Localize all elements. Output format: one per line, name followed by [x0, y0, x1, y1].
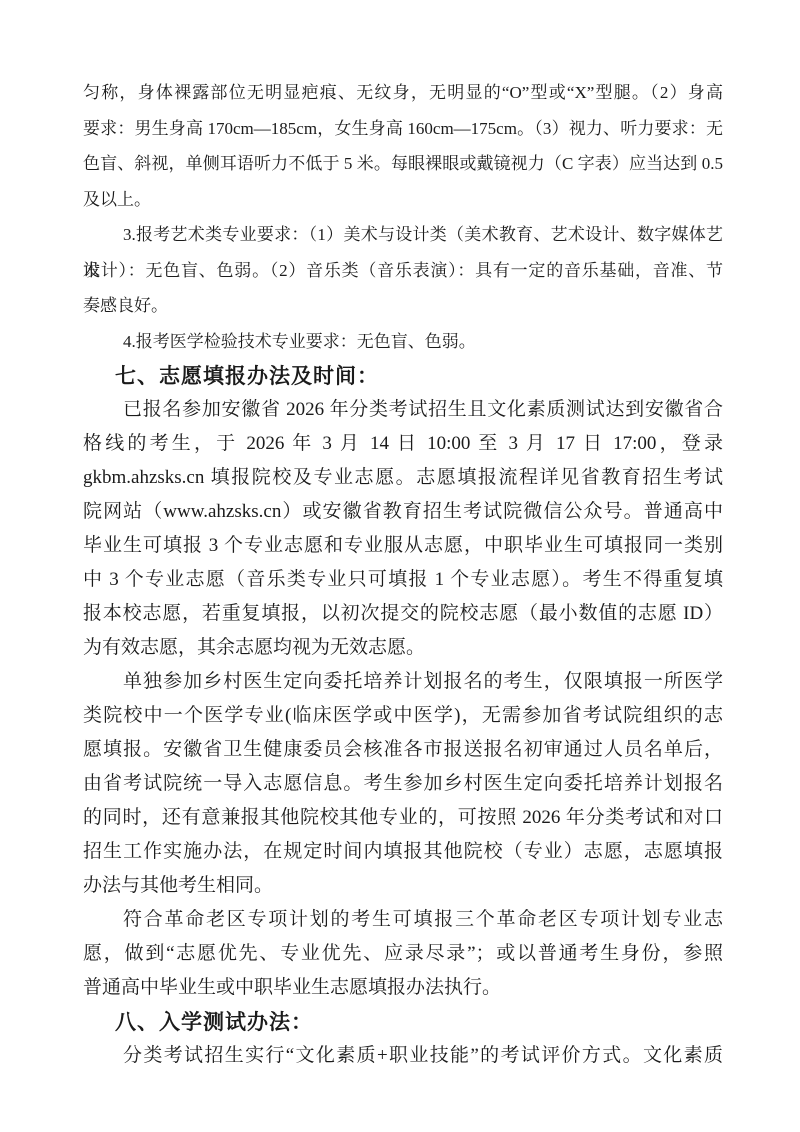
paragraph: 4.报考医学检验技术专业要求：无色盲、色弱。: [83, 324, 723, 360]
text-line: 愿填报。安徽省卫生健康委员会核准各市报送报名初审通过人员名单后，: [83, 733, 723, 767]
paragraph: 符合革命老区专项计划的考生可填报三个革命老区专项计划专业志愿，做到“志愿优先、专…: [83, 903, 723, 1005]
text-line: 要求：男生身高 170cm—185cm，女生身高 160cm—175cm。（3）…: [83, 111, 723, 147]
text-line: 愿，做到“志愿优先、专业优先、应录尽录”；或以普通考生身份，参照: [83, 937, 723, 971]
paragraph: 单独参加乡村医生定向委托培养计划报名的考生，仅限填报一所医学类院校中一个医学专业…: [83, 665, 723, 903]
text-line: 由省考试院统一导入志愿信息。考生参加乡村医生定向委托培养计划报名: [83, 767, 723, 801]
text-line: 的同时，还有意兼报其他院校其他专业的，可按照 2026 年分类考试和对口: [83, 801, 723, 835]
text-line: 设计）：无色盲、色弱。（2）音乐类（音乐表演）：具有一定的音乐基础，音准、节: [83, 253, 723, 289]
document-page: 匀称，身体裸露部位无明显疤痕、无纹身，无明显的“O”型或“X”型腿。（2）身高要…: [0, 0, 800, 1132]
text-line: 已报名参加安徽省 2026 年分类考试招生且文化素质测试达到安徽省合: [83, 393, 723, 427]
text-line: 分类考试招生实行“文化素质+职业技能”的考试评价方式。文化素质: [83, 1039, 723, 1073]
text-line: 奏感良好。: [83, 288, 723, 324]
section-heading: 八、入学测试办法：: [83, 1005, 723, 1039]
text-line: 为有效志愿，其余志愿均视为无效志愿。: [83, 631, 723, 665]
paragraph: 分类考试招生实行“文化素质+职业技能”的考试评价方式。文化素质: [83, 1039, 723, 1073]
text-line: 普通高中毕业生或中职毕业生志愿填报办法执行。: [83, 971, 723, 1005]
section-heading: 七、志愿填报办法及时间：: [83, 359, 723, 393]
paragraph: 3.报考艺术类专业要求：（1）美术与设计类（美术教育、艺术设计、数字媒体艺术设计…: [83, 217, 723, 324]
text-line: 类院校中一个医学专业(临床医学或中医学)，无需参加省考试院组织的志: [83, 699, 723, 733]
text-line: 办法与其他考生相同。: [83, 869, 723, 903]
text-line: 3.报考艺术类专业要求：（1）美术与设计类（美术教育、艺术设计、数字媒体艺术: [83, 217, 723, 253]
text-line: 4.报考医学检验技术专业要求：无色盲、色弱。: [83, 324, 723, 360]
text-line: 报本校志愿，若重复填报，以初次提交的院校志愿（最小数值的志愿 ID）: [83, 597, 723, 631]
text-line: 单独参加乡村医生定向委托培养计划报名的考生，仅限填报一所医学: [83, 665, 723, 699]
text-line: 匀称，身体裸露部位无明显疤痕、无纹身，无明显的“O”型或“X”型腿。（2）身高: [83, 75, 723, 111]
text-line: 院网站（www.ahzsks.cn）或安徽省教育招生考试院微信公众号。普通高中: [83, 495, 723, 529]
text-line: 符合革命老区专项计划的考生可填报三个革命老区专项计划专业志: [83, 903, 723, 937]
text-line: gkbm.ahzsks.cn 填报院校及专业志愿。志愿填报流程详见省教育招生考试: [83, 461, 723, 495]
text-line: 格线的考生，于 2026 年 3 月 14 日 10:00 至 3 月 17 日…: [83, 427, 723, 461]
text-line: 毕业生可填报 3 个专业志愿和专业服从志愿，中职毕业生可填报同一类别: [83, 529, 723, 563]
text-line: 招生工作实施办法，在规定时间内填报其他院校（专业）志愿，志愿填报: [83, 835, 723, 869]
paragraph: 已报名参加安徽省 2026 年分类考试招生且文化素质测试达到安徽省合格线的考生，…: [83, 393, 723, 665]
text-line: 及以上。: [83, 182, 723, 218]
paragraph: 匀称，身体裸露部位无明显疤痕、无纹身，无明显的“O”型或“X”型腿。（2）身高要…: [83, 75, 723, 217]
document-content: 匀称，身体裸露部位无明显疤痕、无纹身，无明显的“O”型或“X”型腿。（2）身高要…: [83, 75, 723, 1073]
text-line: 色盲、斜视，单侧耳语听力不低于 5 米。每眼裸眼或戴镜视力（C 字表）应当达到 …: [83, 146, 723, 182]
text-line: 中 3 个专业志愿（音乐类专业只可填报 1 个专业志愿）。考生不得重复填: [83, 563, 723, 597]
